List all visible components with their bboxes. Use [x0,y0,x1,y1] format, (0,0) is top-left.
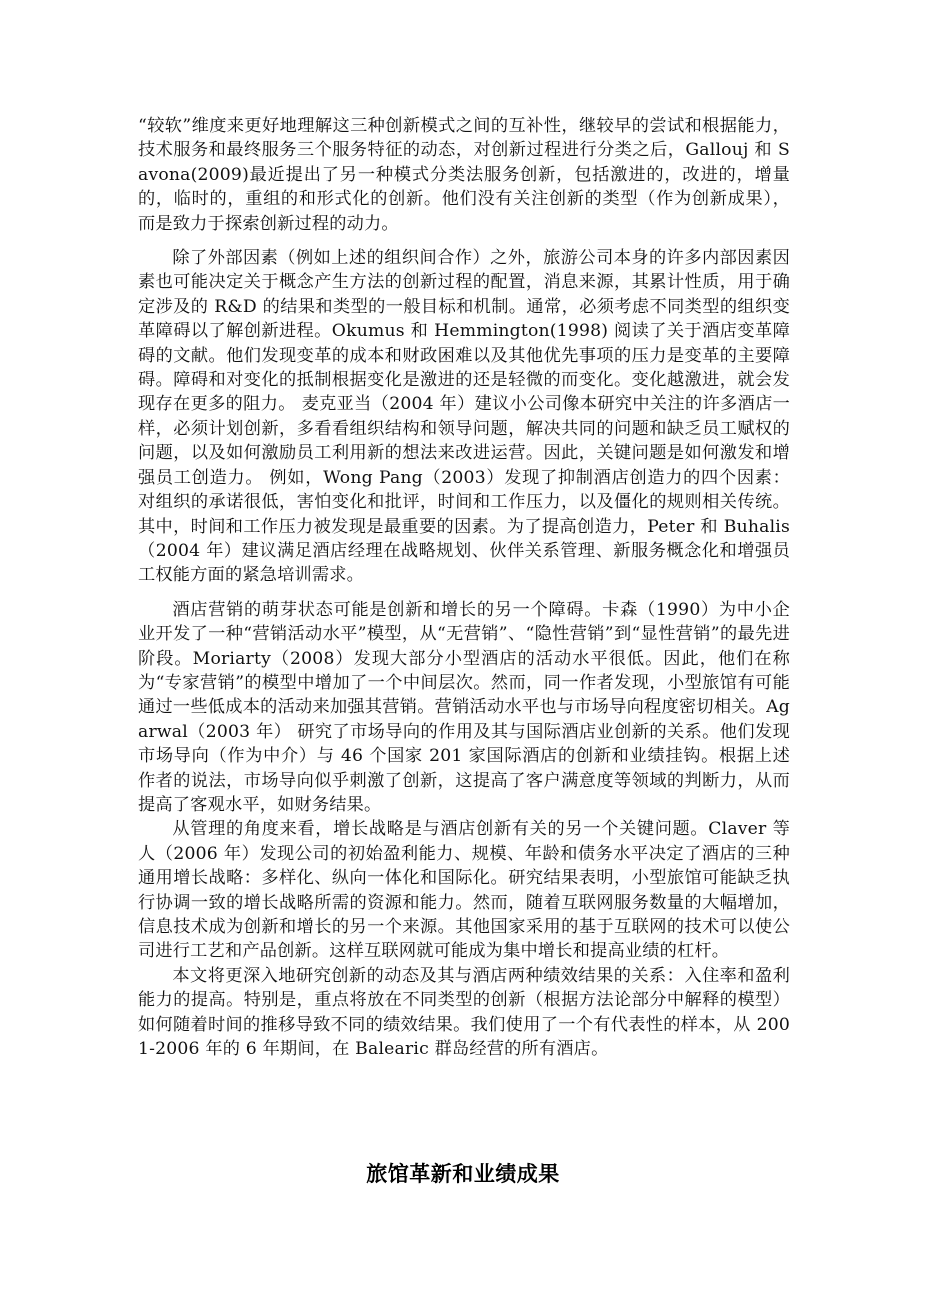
paragraph-hotel-marketing: 酒店营销的萌芽状态可能是创新和增长的另一个障碍。卡森（1990）为中小企业开发了… [138,598,790,818]
section-heading: 旅馆革新和业绩成果 [0,1160,926,1188]
paragraph-internal-factors: 除了外部因素（例如上述的组织间合作）之外，旅游公司本身的许多内部因素因素也可能决… [138,246,790,588]
paragraph-growth-strategy: 从管理的角度来看，增长战略是与酒店创新有关的另一个关键问题。Claver 等人（… [138,817,790,963]
document-body: “较软”维度来更好地理解这三种创新模式之间的互补性，继较早的尝试和根据能力，技术… [138,114,790,1061]
paragraph-innovation-process: “较软”维度来更好地理解这三种创新模式之间的互补性，继较早的尝试和根据能力，技术… [138,114,790,236]
paragraph-study-aim: 本文将更深入地研究创新的动态及其与酒店两种绩效结果的关系：入住率和盈利能力的提高… [138,964,790,1062]
